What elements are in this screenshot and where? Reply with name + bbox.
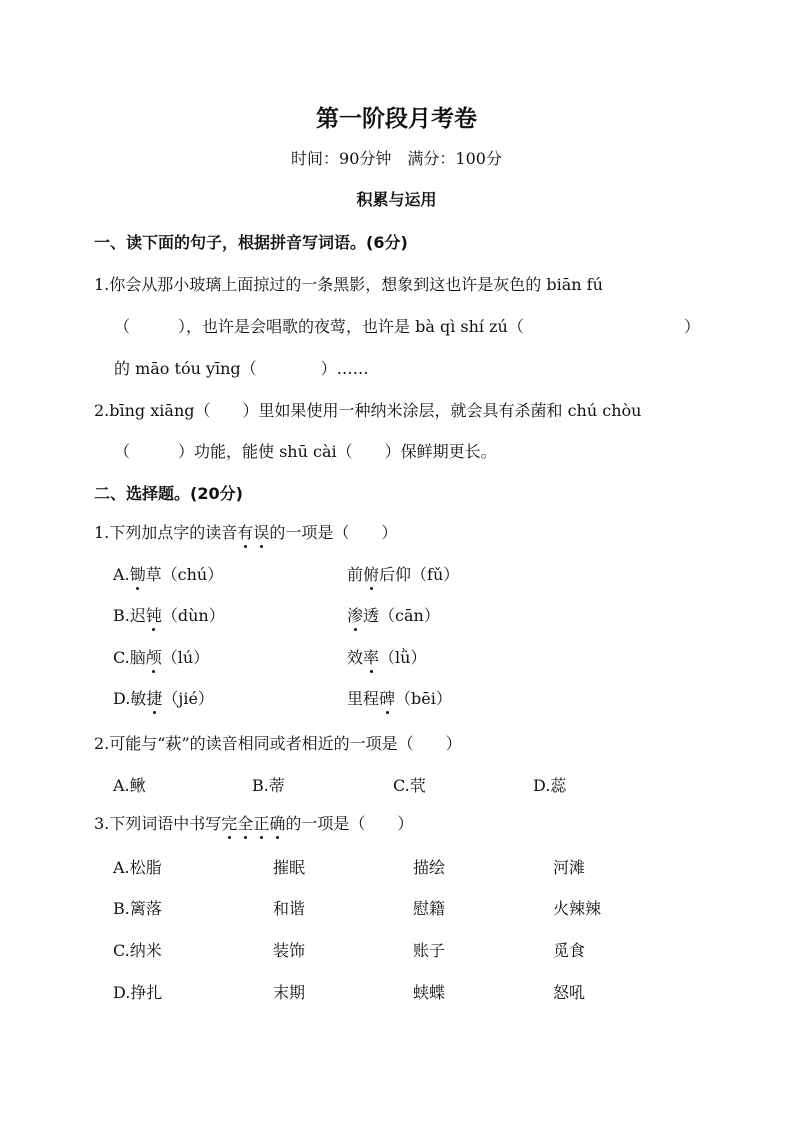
- emphasis-char: 颅: [146, 645, 162, 668]
- emphasis-char: 率: [363, 645, 379, 668]
- text: 透（cān）: [363, 606, 440, 625]
- emphasis-char: 碑: [379, 686, 395, 709]
- emphasis-char: 钝: [146, 603, 162, 626]
- text: 草（chú）: [146, 565, 224, 584]
- text: 前: [347, 565, 363, 584]
- s1-q2-line2: （ ）功能，能使 shū cài（ ）保鲜期更长。: [114, 439, 497, 462]
- s2-q3-d-2: 末期: [273, 980, 305, 1003]
- s2-q1-option-b-word2: 渗透（cān）: [347, 603, 440, 626]
- option-label: C.: [113, 648, 130, 667]
- s2-q1-option-a: A.锄草（chú）: [113, 562, 223, 585]
- s2-q2-option-c: C.茕: [393, 773, 426, 796]
- s2-q3-b-1: B.篱落: [113, 896, 162, 919]
- emphasis-char: 俯: [363, 562, 379, 585]
- section2-heading: 二、选择题。(20分): [94, 481, 243, 504]
- page-title: 第一阶段月考卷: [0, 100, 793, 133]
- s2-q1-option-c: C.脑颅（lú）: [113, 645, 209, 668]
- text: 效: [347, 648, 363, 667]
- emphasis-char: 渗: [347, 603, 363, 626]
- option-label: D.: [113, 689, 130, 708]
- emphasis-char: 完: [221, 811, 237, 834]
- option-label: B.: [113, 606, 130, 625]
- exam-meta: 时间：90分钟 满分：100分: [0, 146, 793, 169]
- text: （jié）: [162, 689, 214, 708]
- s1-q1-line3: 的 māo tóu yīng（ ）……: [114, 356, 369, 379]
- s2-q3-d-1: D.挣扎: [113, 980, 162, 1003]
- text: （dùn）: [162, 606, 225, 625]
- s2-q3-c-2: 装饰: [273, 938, 305, 961]
- emphasis-char: 正: [253, 811, 269, 834]
- s2-q2-option-a: A.鳅: [113, 773, 146, 796]
- emphasis-char: 确: [269, 811, 285, 834]
- s1-q1-line1: 1.你会从那小玻璃上面掠过的一条黑影，想象到这也许是灰色的 biān fú: [94, 272, 603, 295]
- section-subtitle: 积累与运用: [0, 187, 793, 210]
- s2-q2-stem: 2.可能与“萩”的读音相同或者相近的一项是（ ）: [94, 731, 462, 754]
- s2-q3-a-2: 摧眠: [273, 855, 305, 878]
- s2-q2-option-d: D.蕊: [533, 773, 566, 796]
- s2-q3-a-1: A.松脂: [113, 855, 162, 878]
- s2-q3-c-4: 觅食: [553, 938, 585, 961]
- s2-q3-stem: 3.下列词语中书写完全正确的一项是（ ）: [94, 811, 413, 834]
- s2-q1-option-c-word2: 效率（lǜ）: [347, 645, 426, 668]
- s2-q3-c-3: 账子: [413, 938, 445, 961]
- s1-q2-line1: 2.bīng xiāng（ ）里如果使用一种纳米涂层，就会具有杀菌和 chú c…: [94, 398, 641, 421]
- s2-q3-b-2: 和谐: [273, 896, 305, 919]
- s2-q3-b-3: 慰籍: [413, 896, 445, 919]
- s2-q1-option-d-word2: 里程碑（bēi）: [347, 686, 452, 709]
- text: 迟: [130, 606, 146, 625]
- s2-q3-b-4: 火辣辣: [553, 896, 601, 919]
- emphasis-char: 误: [253, 520, 269, 543]
- stem-text: 1.下列加点字的读音: [94, 523, 237, 542]
- text: 脑: [130, 648, 146, 667]
- section1-heading: 一、读下面的句子，根据拼音写词语。(6分): [94, 230, 408, 253]
- s2-q1-stem: 1.下列加点字的读音有误的一项是（ ）: [94, 520, 397, 543]
- stem-text: 的一项是（ ）: [285, 814, 413, 833]
- text: 敏: [130, 689, 146, 708]
- s2-q1-option-b: B.迟钝（dùn）: [113, 603, 225, 626]
- s1-q1-line2: （ ），也许是会唱歌的夜莺，也许是 bà qì shí zú（: [114, 314, 524, 337]
- s2-q3-a-3: 描绘: [413, 855, 445, 878]
- s2-q3-c-1: C.纳米: [113, 938, 162, 961]
- text: 后仰（fǔ）: [379, 565, 459, 584]
- emphasis-char: 锄: [130, 562, 146, 585]
- s2-q2-option-b: B.蒂: [252, 773, 285, 796]
- option-label: A.: [113, 565, 130, 584]
- emphasis-char: 全: [237, 811, 253, 834]
- s2-q1-option-a-word2: 前俯后仰（fǔ）: [347, 562, 459, 585]
- emphasis-char: 捷: [146, 686, 162, 709]
- s2-q1-option-d: D.敏捷（jié）: [113, 686, 214, 709]
- s2-q3-d-4: 怒吼: [553, 980, 585, 1003]
- s2-q3-d-3: 蛱蝶: [413, 980, 445, 1003]
- stem-text: 3.下列词语中书写: [94, 814, 221, 833]
- text: （bēi）: [395, 689, 452, 708]
- emphasis-char: 有: [237, 520, 253, 543]
- s1-q1-line2-close: ）: [684, 314, 700, 337]
- text: 里程: [347, 689, 379, 708]
- text: （lú）: [162, 648, 209, 667]
- s2-q3-a-4: 河滩: [553, 855, 585, 878]
- text: （lǜ）: [379, 648, 426, 667]
- stem-text: 的一项是（ ）: [269, 523, 397, 542]
